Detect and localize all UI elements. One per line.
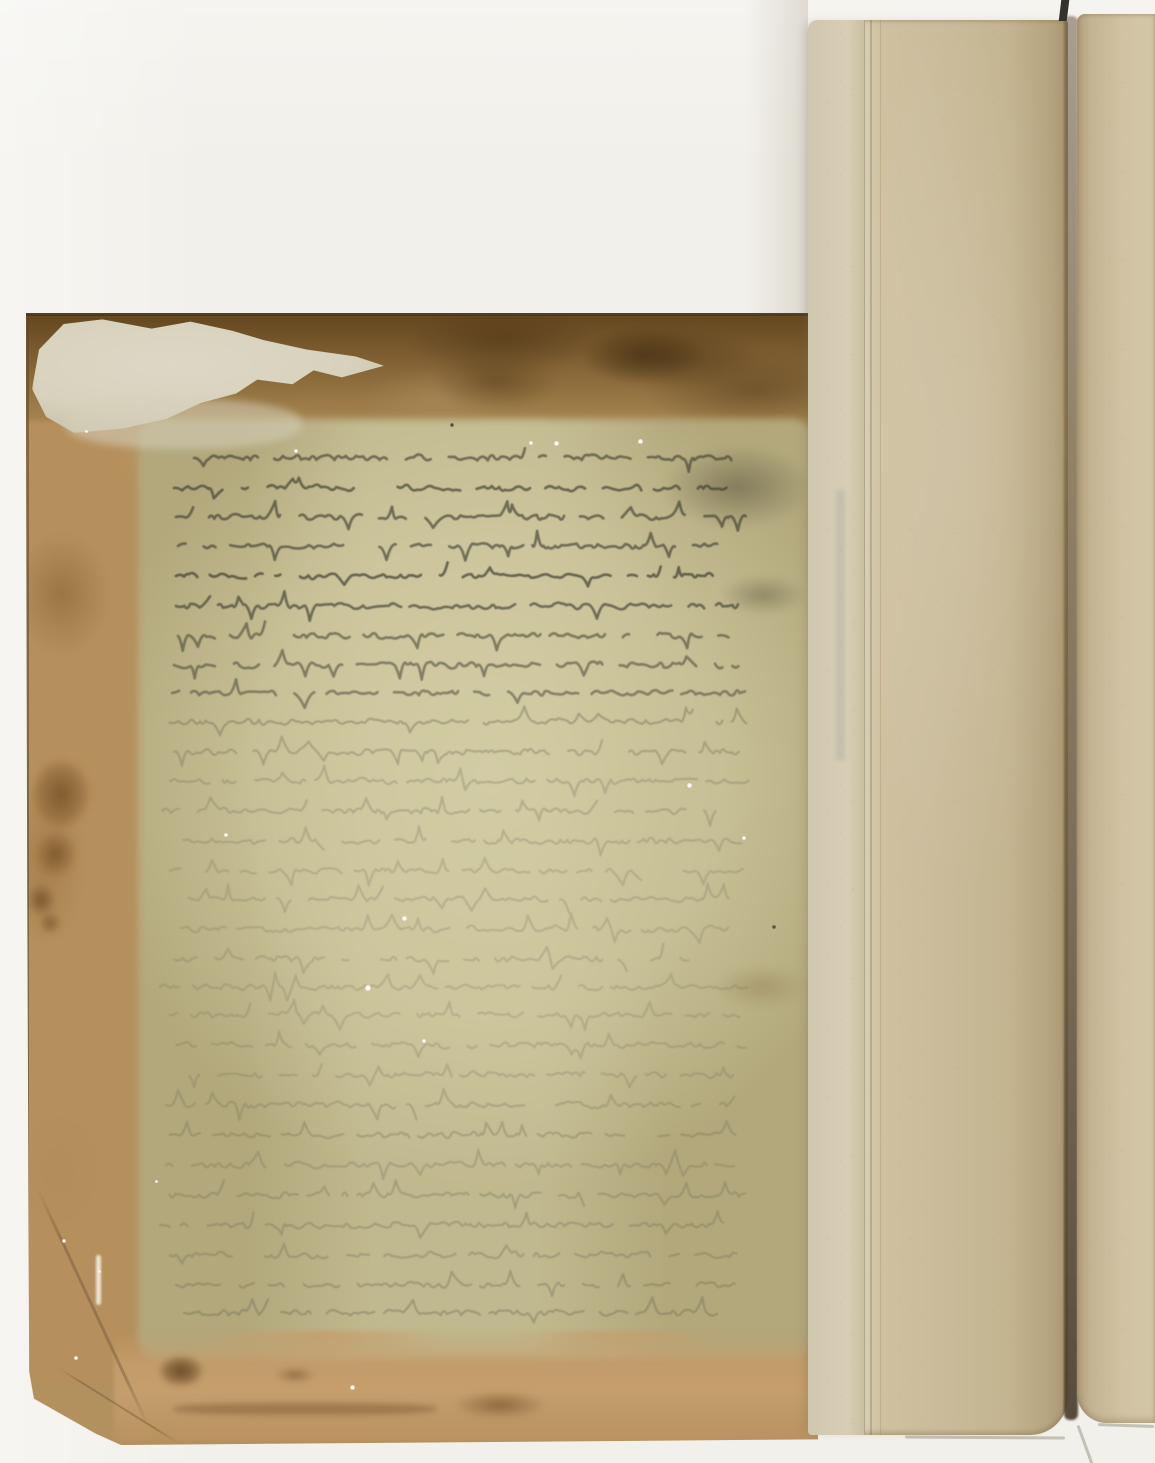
dark-speck <box>450 423 454 427</box>
text-line <box>178 622 729 651</box>
text-line <box>160 972 747 1001</box>
text-line <box>166 1089 754 1120</box>
white-speck <box>74 1356 78 1360</box>
manuscript-scan-photo <box>0 0 1155 1463</box>
text-line <box>172 679 745 708</box>
dark-speck <box>772 925 776 929</box>
text-line <box>170 1121 749 1138</box>
text-line <box>170 1244 736 1264</box>
text-line <box>176 1271 747 1296</box>
paper-texture <box>808 20 1068 1435</box>
text-line <box>176 501 746 530</box>
text-line <box>170 766 749 796</box>
book-page-stack-left <box>808 20 1068 1435</box>
text-line <box>189 884 749 913</box>
text-line <box>176 591 749 621</box>
book-page-stack-right <box>1077 14 1155 1423</box>
white-speck <box>85 430 88 433</box>
text-line <box>176 1031 746 1059</box>
text-line <box>174 944 699 974</box>
text-line <box>160 1211 742 1238</box>
text-line <box>162 797 734 826</box>
white-speck <box>62 1239 66 1243</box>
manuscript-leaf <box>26 313 818 1445</box>
white-speck <box>529 441 533 445</box>
white-speck <box>687 783 692 788</box>
text-line <box>194 448 731 472</box>
text-line <box>166 1150 734 1180</box>
text-line <box>170 1000 739 1030</box>
text-line <box>170 858 743 886</box>
white-speck <box>294 449 298 453</box>
white-speck <box>638 439 643 444</box>
text-line <box>181 913 728 943</box>
text-line <box>184 1297 717 1323</box>
white-speck <box>402 916 407 921</box>
page-gutter-gap <box>1064 16 1078 1420</box>
white-speck <box>742 836 746 840</box>
text-line <box>174 737 739 766</box>
text-line <box>170 706 747 735</box>
white-speck <box>350 1385 355 1390</box>
text-line <box>183 826 752 856</box>
text-line <box>189 1064 733 1088</box>
white-speck <box>98 1270 101 1273</box>
white-speck <box>554 441 559 446</box>
white-speck <box>224 833 228 837</box>
paper-texture <box>1077 14 1155 1423</box>
text-line <box>174 478 745 499</box>
text-line <box>178 531 736 561</box>
text-line <box>174 650 738 680</box>
white-speck <box>365 985 371 991</box>
text-line <box>170 1180 745 1208</box>
page-edge-shadow <box>746 0 808 318</box>
white-speck <box>155 1180 158 1183</box>
text-line <box>176 563 726 587</box>
white-speck <box>422 1039 426 1043</box>
handwritten-text-block <box>26 313 818 1445</box>
